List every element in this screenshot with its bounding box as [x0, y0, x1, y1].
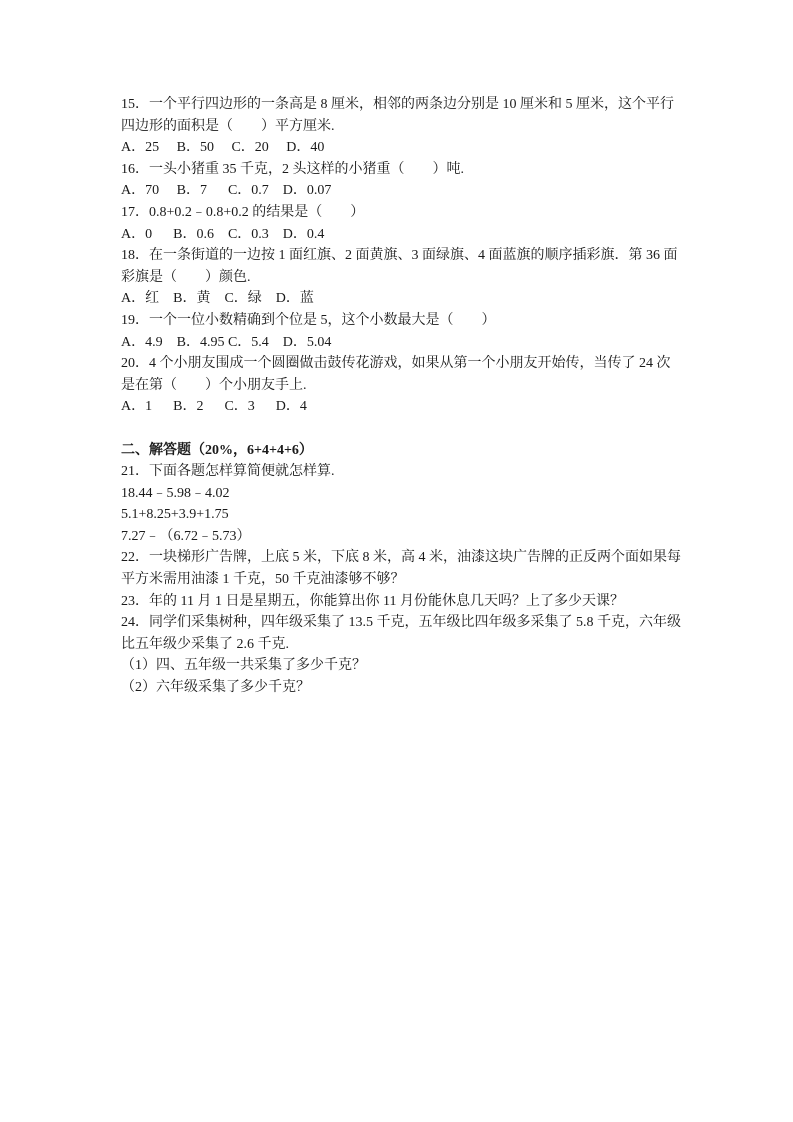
expression-3: 7.27﹣（6.72﹣5.73） [121, 526, 671, 548]
document-page: 15．一个平行四边形的一条高是 8 厘米，相邻的两条边分别是 10 厘米和 5 … [121, 94, 671, 699]
section-title: 二、解答题（20%，6+4+4+6） [121, 440, 671, 462]
answer-options: A．0 B．0.6 C．0.3 D．0.4 [121, 224, 671, 246]
answer-options: A．4.9 B．4.95 C．5.4 D．5.04 [121, 332, 671, 354]
question-text: 是在第（ ）个小朋友手上. [121, 375, 671, 397]
question-24-sub-1: （1）四、五年级一共采集了多少千克？ [121, 655, 671, 677]
expression-2: 5.1+8.25+3.9+1.75 [121, 504, 671, 526]
question-22-text: 平方米需用油漆 1 千克，50 千克油漆够不够？ [121, 569, 671, 591]
question-text: 18．在一条街道的一边按 1 面红旗、2 面黄旗、3 面绿旗、4 面蓝旗的顺序插… [121, 245, 671, 267]
question-22-text: 22．一块梯形广告牌，上底 5 米，下底 8 米，高 4 米，油漆这块广告牌的正… [121, 547, 671, 569]
question-24-text: 比五年级少采集了 2.6 千克. [121, 634, 671, 656]
expression-1: 18.44﹣5.98﹣4.02 [121, 483, 671, 505]
question-21-text: 21．下面各题怎样算简便就怎样算. [121, 461, 671, 483]
question-15: 15．一个平行四边形的一条高是 8 厘米，相邻的两条边分别是 10 厘米和 5 … [121, 94, 671, 159]
question-24-sub-2: （2）六年级采集了多少千克？ [121, 677, 671, 699]
answer-options: A．红 B．黄 C．绿 D．蓝 [121, 288, 671, 310]
answer-options: A．25 B．50 C．20 D．40 [121, 137, 671, 159]
question-text: 15．一个平行四边形的一条高是 8 厘米，相邻的两条边分别是 10 厘米和 5 … [121, 94, 671, 116]
question-20: 20．4 个小朋友围成一个圆圈做击鼓传花游戏，如果从第一个小朋友开始传，当传了 … [121, 353, 671, 418]
question-text: 19．一个一位小数精确到个位是 5，这个小数最大是（ ） [121, 310, 671, 332]
question-19: 19．一个一位小数精确到个位是 5，这个小数最大是（ ） A．4.9 B．4.9… [121, 310, 671, 353]
question-18: 18．在一条街道的一边按 1 面红旗、2 面黄旗、3 面绿旗、4 面蓝旗的顺序插… [121, 245, 671, 310]
question-17: 17．0.8+0.2﹣0.8+0.2 的结果是（ ） A．0 B．0.6 C．0… [121, 202, 671, 245]
answer-options: A．1 B．2 C．3 D．4 [121, 396, 671, 418]
answer-options: A．70 B．7 C．0.7 D．0.07 [121, 180, 671, 202]
question-text: 17．0.8+0.2﹣0.8+0.2 的结果是（ ） [121, 202, 671, 224]
question-text: 彩旗是（ ）颜色. [121, 267, 671, 289]
question-23-text: 23．年的 11 月 1 日是星期五，你能算出你 11 月份能休息几天吗？上了多… [121, 591, 671, 613]
question-text: 16．一头小猪重 35 千克，2 头这样的小猪重（ ）吨. [121, 159, 671, 181]
section-spacer [121, 418, 671, 440]
question-16: 16．一头小猪重 35 千克，2 头这样的小猪重（ ）吨. A．70 B．7 C… [121, 159, 671, 202]
question-text: 20．4 个小朋友围成一个圆圈做击鼓传花游戏，如果从第一个小朋友开始传，当传了 … [121, 353, 671, 375]
section-answer-questions: 二、解答题（20%，6+4+4+6） 21．下面各题怎样算简便就怎样算. 18.… [121, 440, 671, 699]
question-text: 四边形的面积是（ ）平方厘米. [121, 116, 671, 138]
question-24-text: 24．同学们采集树种，四年级采集了 13.5 千克，五年级比四年级多采集了 5.… [121, 612, 671, 634]
